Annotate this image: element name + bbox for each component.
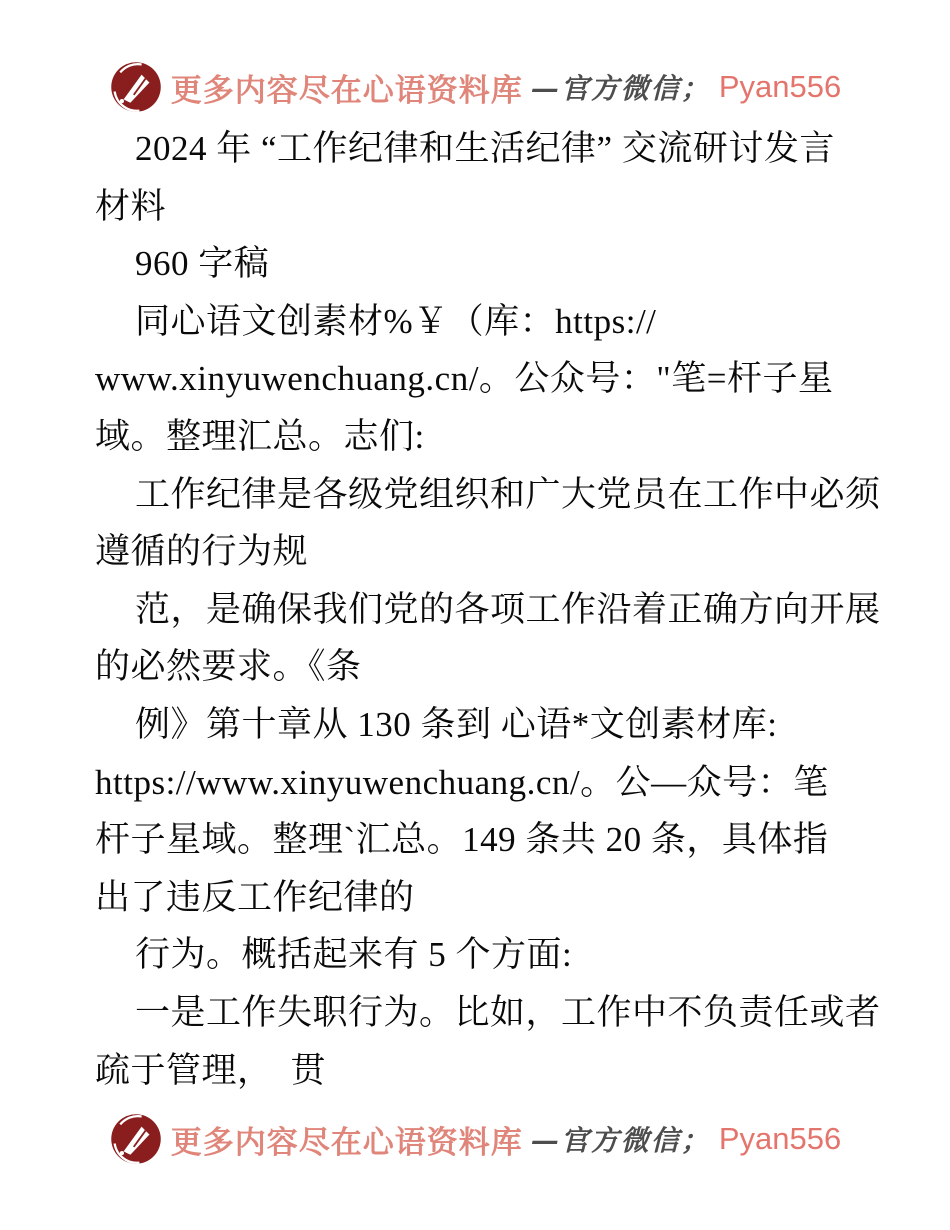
text-line: 行为。概括起来有 5 个方面: bbox=[95, 926, 857, 984]
brand-wechat-label: —官方微信； bbox=[531, 1119, 711, 1159]
text-line: 材料 bbox=[95, 178, 857, 236]
text-line: 杆子星域。整理`汇总。149 条共 20 条，具体指 bbox=[95, 811, 857, 869]
text-line: 960 字稿 bbox=[95, 235, 857, 293]
text-line: https://www.xinyuwenchuang.cn/。公—众号：笔 bbox=[95, 754, 857, 812]
text-line: 疏于管理， 贯 bbox=[95, 1042, 857, 1100]
brand-wechat-id: Pyan556 bbox=[719, 69, 841, 105]
text-line: 2024 年 “工作纪律和生活纪律” 交流研讨发言 bbox=[95, 120, 857, 178]
text-line: 工作纪律是各级党组织和广大党员在工作中必须 bbox=[95, 466, 857, 524]
footer-brand-banner: 更多内容尽在心语资料库 —官方微信； Pyan556 bbox=[0, 1112, 950, 1166]
text-line: 遵循的行为规 bbox=[95, 523, 857, 581]
text-line: 同心语文创素材%￥（库：https:// bbox=[95, 293, 857, 351]
text-line: 域。整理汇总。志们: bbox=[95, 408, 857, 466]
brand-wechat-label: —官方微信； bbox=[531, 67, 711, 107]
pen-emblem-icon bbox=[109, 1112, 163, 1166]
text-line: 的必然要求。《条 bbox=[95, 638, 857, 696]
pen-emblem-icon bbox=[109, 60, 163, 114]
text-line: 范，是确保我们党的各项工作沿着正确方向开展 bbox=[95, 581, 857, 639]
header-brand-banner: 更多内容尽在心语资料库 —官方微信； Pyan556 bbox=[0, 60, 950, 114]
document-page: 更多内容尽在心语资料库 —官方微信； Pyan556 2024 年 “工作纪律和… bbox=[0, 0, 950, 1230]
text-line: 一是工作失职行为。比如，工作中不负责任或者 bbox=[95, 984, 857, 1042]
brand-text: 更多内容尽在心语资料库 bbox=[171, 65, 523, 110]
text-line: www.xinyuwenchuang.cn/。公众号："笔=杆子星 bbox=[95, 350, 857, 408]
text-line: 出了违反工作纪律的 bbox=[95, 869, 857, 927]
document-body: 2024 年 “工作纪律和生活纪律” 交流研讨发言 材料 960 字稿 同心语文… bbox=[95, 120, 857, 1099]
brand-wechat-id: Pyan556 bbox=[719, 1121, 841, 1157]
text-line: 例》第十章从 130 条到 心语*文创素材库: bbox=[95, 696, 857, 754]
brand-text: 更多内容尽在心语资料库 bbox=[171, 1117, 523, 1162]
